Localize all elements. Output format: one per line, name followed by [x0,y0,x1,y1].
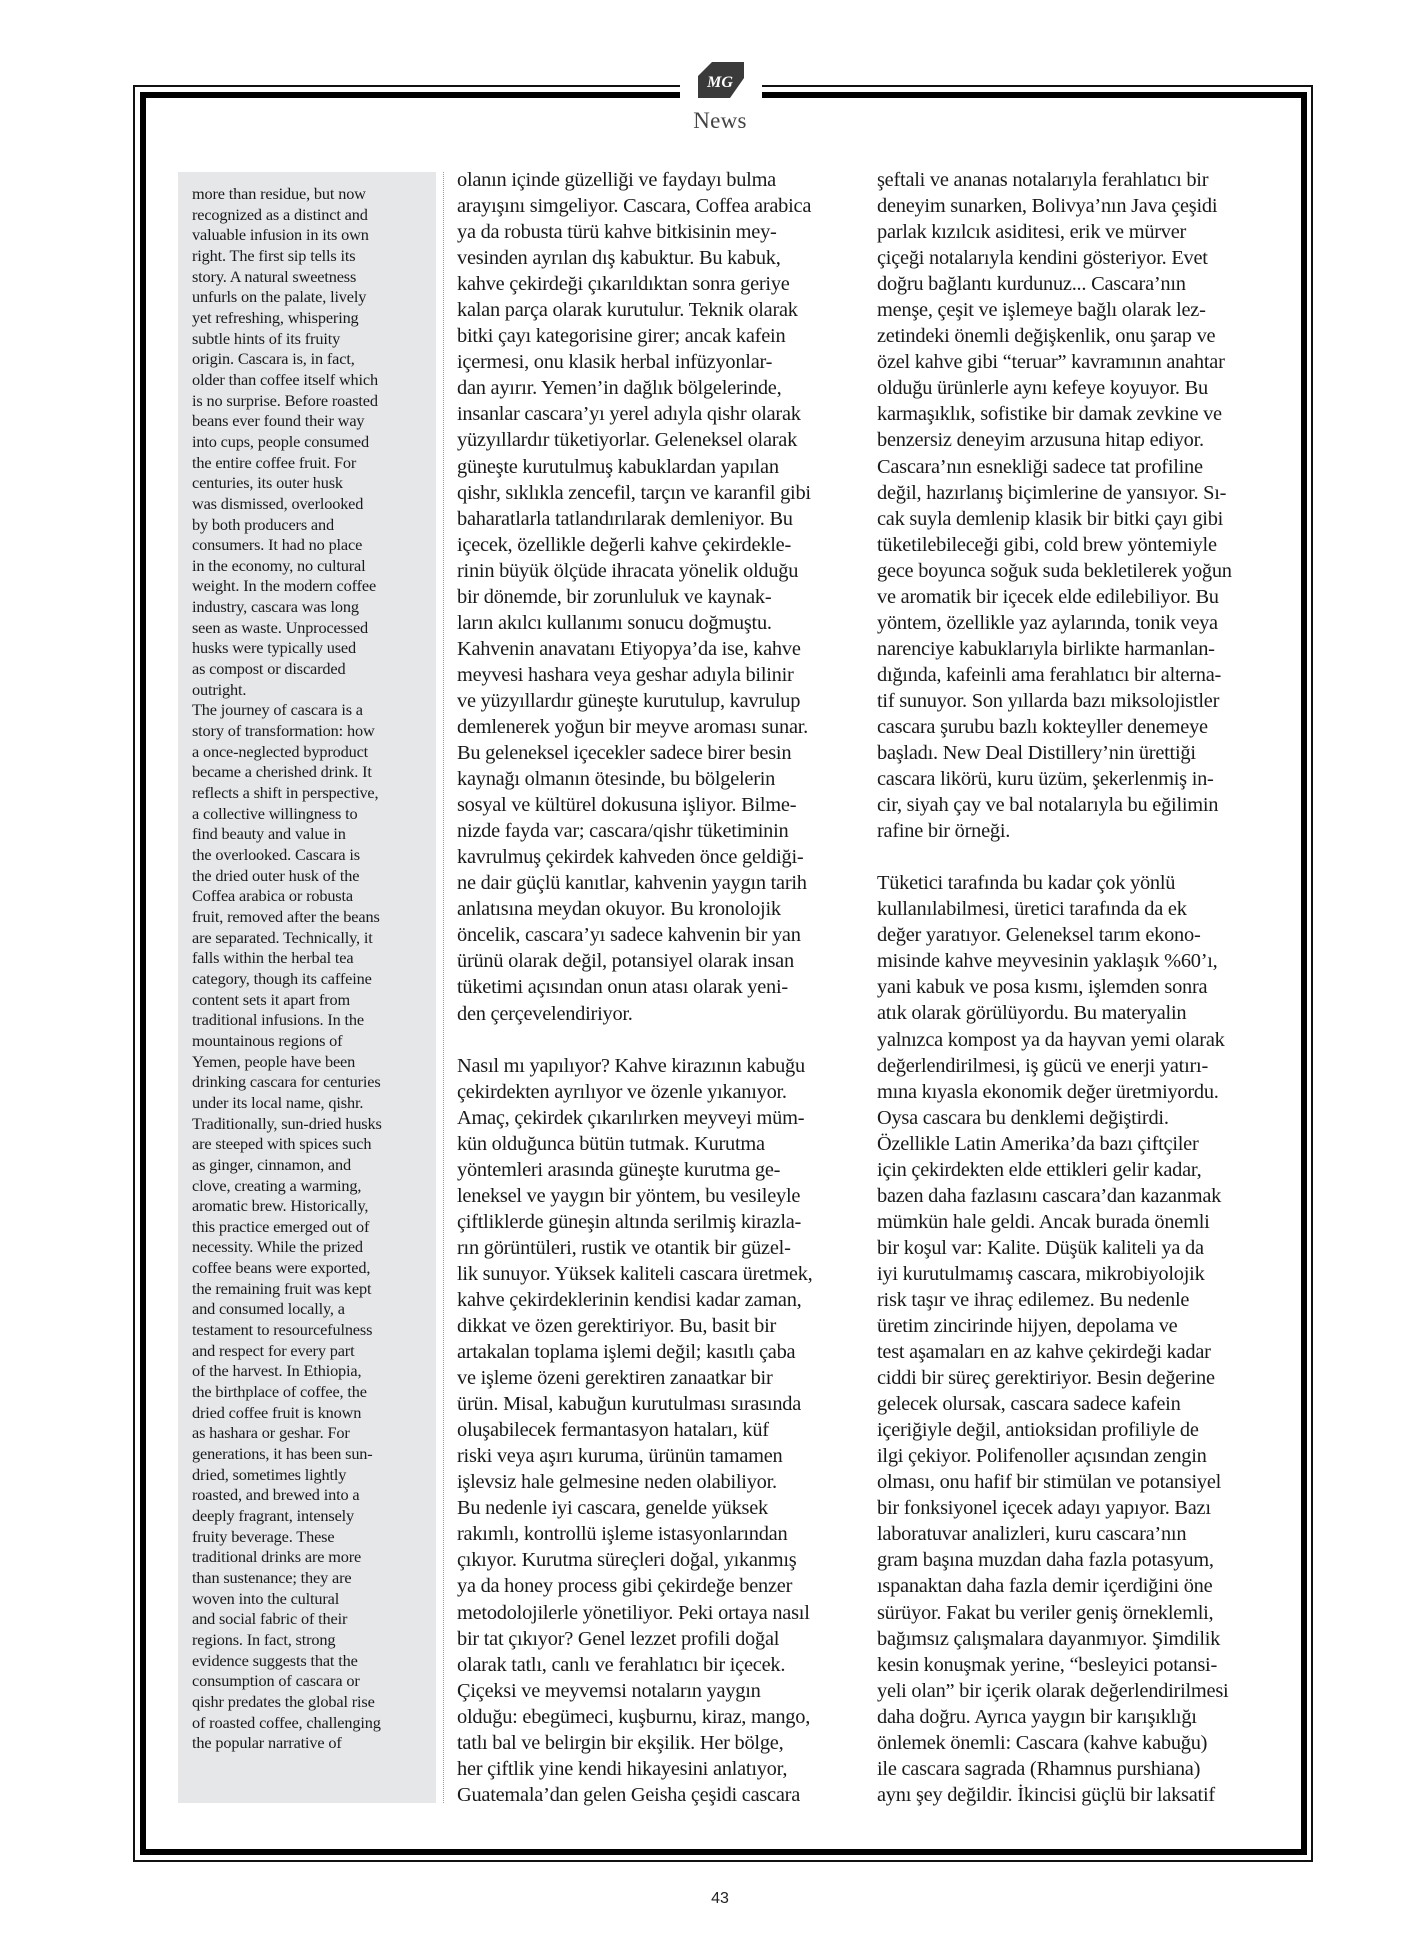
column-divider-dotted [443,172,444,1803]
logo-text: MG [706,74,733,91]
page-number: 43 [690,1890,750,1908]
sidebar-paragraph: The journey of cascara is a story of tra… [192,700,426,1753]
article-paragraph: şeftali ve ananas notalarıyla ferahlatıc… [877,167,1292,844]
article-paragraph: Nasıl mı yapılıyor? Kahve kirazının kabu… [457,1053,852,1808]
sidebar-paragraph: more than residue, but now recognized as… [192,184,426,700]
section-title: News [660,108,780,134]
article-column-right: şeftali ve ananas notalarıyla ferahlatıc… [877,167,1292,1808]
article-paragraph: olanın içinde güzelliği ve faydayı bulma… [457,167,852,1027]
english-sidebar-box: more than residue, but now recognized as… [178,172,436,1803]
article-column-middle: olanın içinde güzelliği ve faydayı bulma… [457,167,852,1808]
magazine-logo-icon: MG [698,62,744,98]
article-paragraph: Tüketici tarafında bu kadar çok yönlü ku… [877,870,1292,1808]
